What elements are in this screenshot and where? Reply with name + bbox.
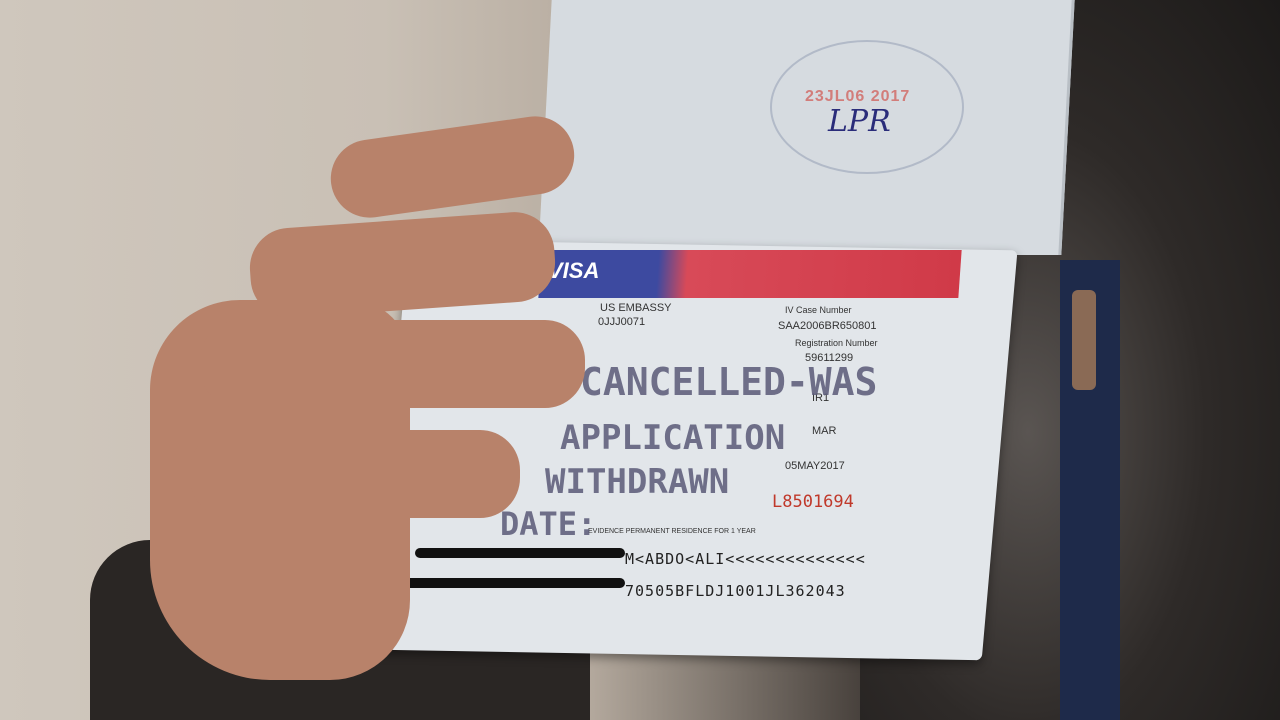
issuing-code: 0JJJ0071 (598, 316, 645, 328)
case-number-label: IV Case Number (785, 305, 852, 315)
handwritten-note: LPR (828, 104, 891, 139)
redaction-bar (415, 548, 625, 558)
visa-serial: L8501694 (772, 492, 854, 512)
visa-header-band (538, 250, 961, 298)
visa-label: VISA (548, 258, 599, 284)
annotation: EVIDENCE PERMANENT RESIDENCE FOR 1 YEAR (588, 528, 756, 535)
issuing-post: US EMBASSY (600, 302, 672, 314)
zipper-pull (1072, 290, 1096, 390)
expiry-date: 05MAY2017 (785, 460, 845, 472)
little-finger (190, 430, 520, 518)
cancel-stamp-line-2: APPLICATION (560, 418, 785, 458)
redaction-bar (405, 578, 625, 588)
mrz-line-1: M<ABDO<ALI<<<<<<<<<<<<<< (625, 550, 866, 568)
cancel-stamp-line-4: DATE: (500, 505, 596, 543)
sex-field: MAR (812, 425, 836, 437)
cancel-stamp-line-1: CANCELLED-WAS (580, 360, 877, 404)
cancel-stamp-line-3: WITHDRAWN (545, 462, 729, 502)
mrz-line-2: 70505BFLDJ1001JL362043 (625, 582, 846, 600)
ring-finger (200, 320, 585, 408)
registration-label: Registration Number (795, 338, 878, 348)
case-number: SAA2006BR650801 (778, 320, 876, 332)
